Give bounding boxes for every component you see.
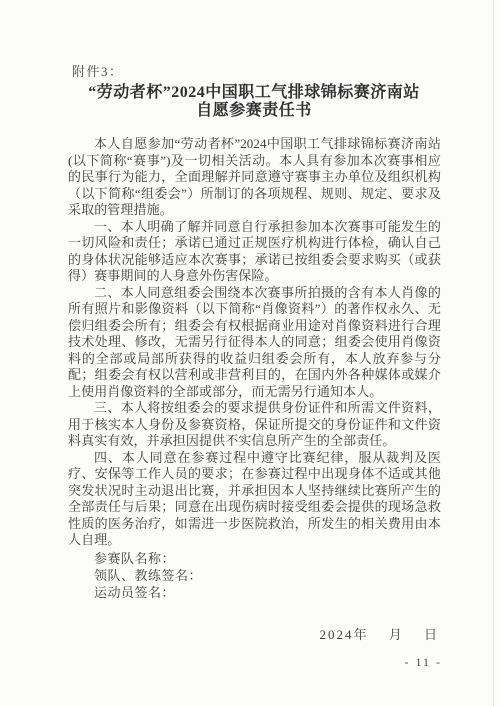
team-name-line: 参赛队名称： (68, 550, 441, 567)
document-title-line2: 自愿参赛责任书 (64, 102, 444, 120)
paragraph-clause-4: 四、本人同意在参赛过程中遵守比赛纪律，服从裁判及医疗、安保等工作人员的要求；在参… (68, 450, 441, 549)
attachment-label: 附件3： (72, 61, 124, 80)
page-edge-line (493, 0, 494, 706)
paragraph-clause-2: 二、本人同意组委会围绕本次赛事所拍摄的含有本人肖像的所有照片和影像资料（以下简称… (68, 285, 441, 401)
paragraph-clause-3: 三、本人将按组委会的要求提供身份证件和所需文件资料，用于核实本人身份及参赛资格，… (68, 400, 441, 450)
paragraph-intro: 本人自愿参加“劳动者杯”2024中国职工气排球锦标赛济南站(以下简称“赛事”)及… (68, 136, 441, 219)
signature-block: 参赛队名称： 领队、教练签名： 运动员签名： (68, 550, 441, 601)
athlete-signature-line: 运动员签名： (68, 584, 441, 601)
paragraph-clause-1: 一、本人明确了解并同意自行承担参加本次赛事可能发生的一切风险和责任；承诺已通过正… (68, 219, 441, 285)
date-line: 2024年 月 日 (68, 624, 441, 643)
document-title: “劳动者杯”2024中国职工气排球锦标赛济南站 自愿参赛责任书 (64, 84, 444, 120)
page-number: - 11 - (404, 655, 442, 670)
leader-coach-signature-line: 领队、教练签名： (68, 567, 441, 584)
document-body: 本人自愿参加“劳动者杯”2024中国职工气排球锦标赛济南站(以下简称“赛事”)及… (68, 136, 441, 643)
document-page: 附件3： “劳动者杯”2024中国职工气排球锦标赛济南站 自愿参赛责任书 本人自… (0, 0, 500, 706)
document-title-line1: “劳动者杯”2024中国职工气排球锦标赛济南站 (64, 84, 444, 102)
